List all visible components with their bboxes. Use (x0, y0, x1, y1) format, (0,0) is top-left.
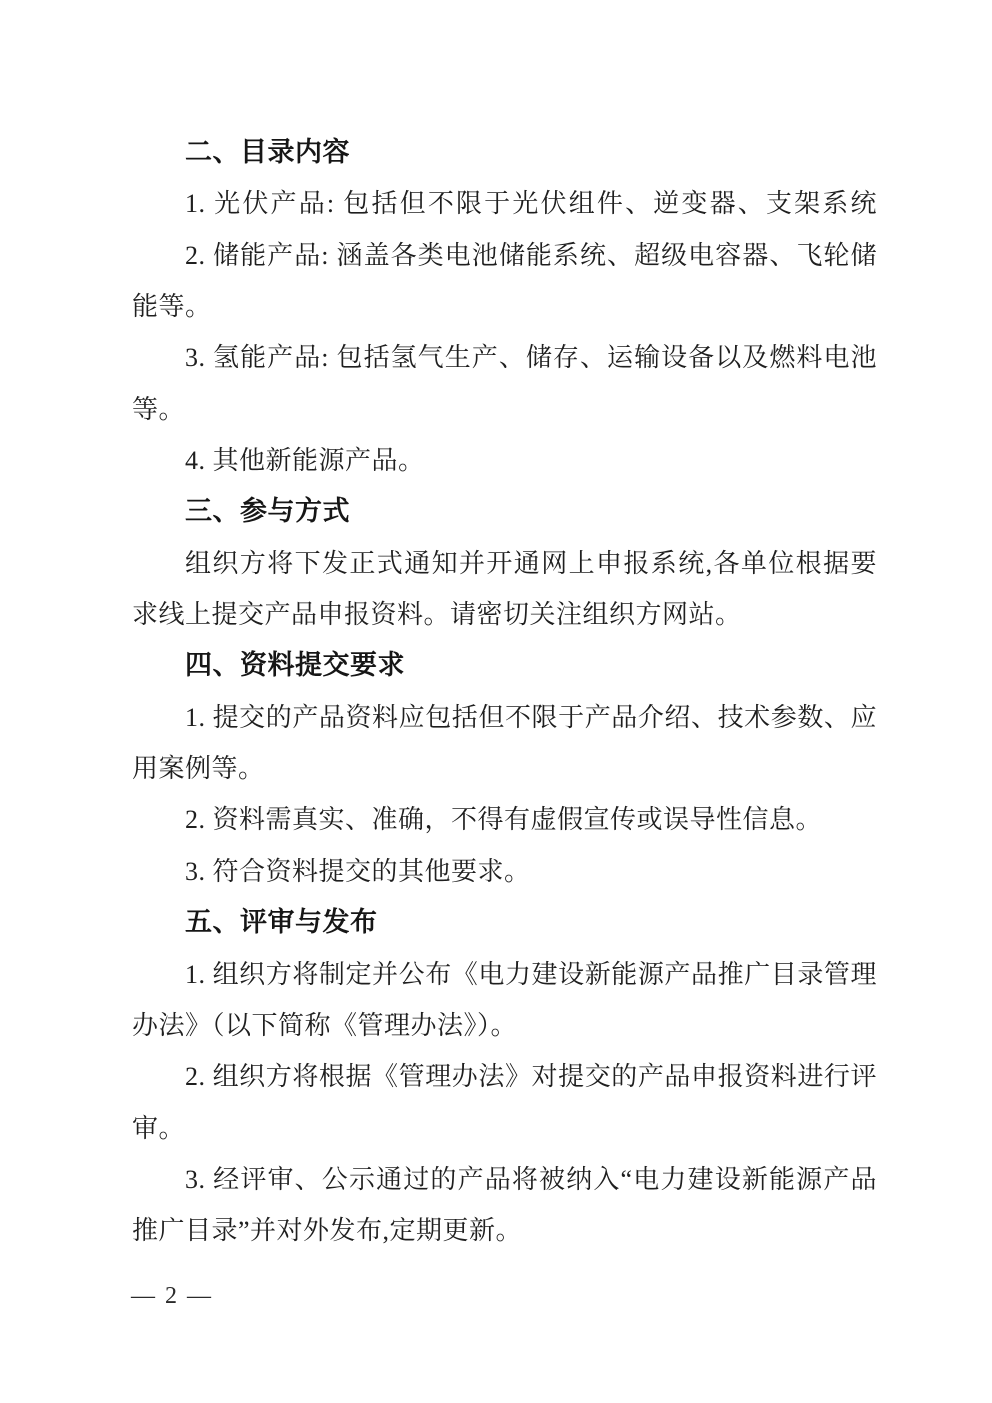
paragraph-line: 3. 氢能产品: 包括氢气生产、储存、运输设备以及燃料电池 (132, 332, 877, 383)
paragraph-line: 审。 (132, 1103, 877, 1154)
paragraph-line: 4. 其他新能源产品。 (132, 435, 877, 486)
document-body: 二、目录内容 1. 光伏产品: 包括但不限于光伏组件、逆变器、支架系统等。 2.… (132, 127, 877, 1257)
section-heading-review-and-release: 五、评审与发布 (132, 897, 877, 948)
paragraph-line: 1. 光伏产品: 包括但不限于光伏组件、逆变器、支架系统等。 (132, 178, 877, 229)
section-heading-submission-requirements: 四、资料提交要求 (132, 640, 877, 691)
paragraph-line: 求线上提交产品申报资料。请密切关注组织方网站。 (132, 589, 877, 640)
paragraph-line: 等。 (132, 384, 877, 435)
paragraph-line: 2. 资料需真实、准确，不得有虚假宣传或误导性信息。 (132, 794, 877, 845)
section-heading-catalog-content: 二、目录内容 (132, 127, 877, 178)
paragraph-line: 1. 组织方将制定并公布《电力建设新能源产品推广目录管理 (132, 949, 877, 1000)
paragraph-line: 1. 提交的产品资料应包括但不限于产品介绍、技术参数、应 (132, 692, 877, 743)
paragraph-line: 3. 经评审、公示通过的产品将被纳入“电力建设新能源产品 (132, 1154, 877, 1205)
paragraph-line: 推广目录”并对外发布,定期更新。 (132, 1205, 877, 1256)
paragraph-line: 2. 储能产品: 涵盖各类电池储能系统、超级电容器、飞轮储 (132, 230, 877, 281)
paragraph-line: 组织方将下发正式通知并开通网上申报系统,各单位根据要 (132, 538, 877, 589)
page-number: — 2 — (131, 1283, 213, 1310)
document-page: 二、目录内容 1. 光伏产品: 包括但不限于光伏组件、逆变器、支架系统等。 2.… (0, 0, 992, 1403)
paragraph-line: 能等。 (132, 281, 877, 332)
section-heading-participation: 三、参与方式 (132, 486, 877, 537)
paragraph-line: 3. 符合资料提交的其他要求。 (132, 846, 877, 897)
paragraph-line: 用案例等。 (132, 743, 877, 794)
paragraph-line: 办法》（以下简称《管理办法》）。 (132, 1000, 877, 1051)
paragraph-line: 2. 组织方将根据《管理办法》对提交的产品申报资料进行评 (132, 1051, 877, 1102)
